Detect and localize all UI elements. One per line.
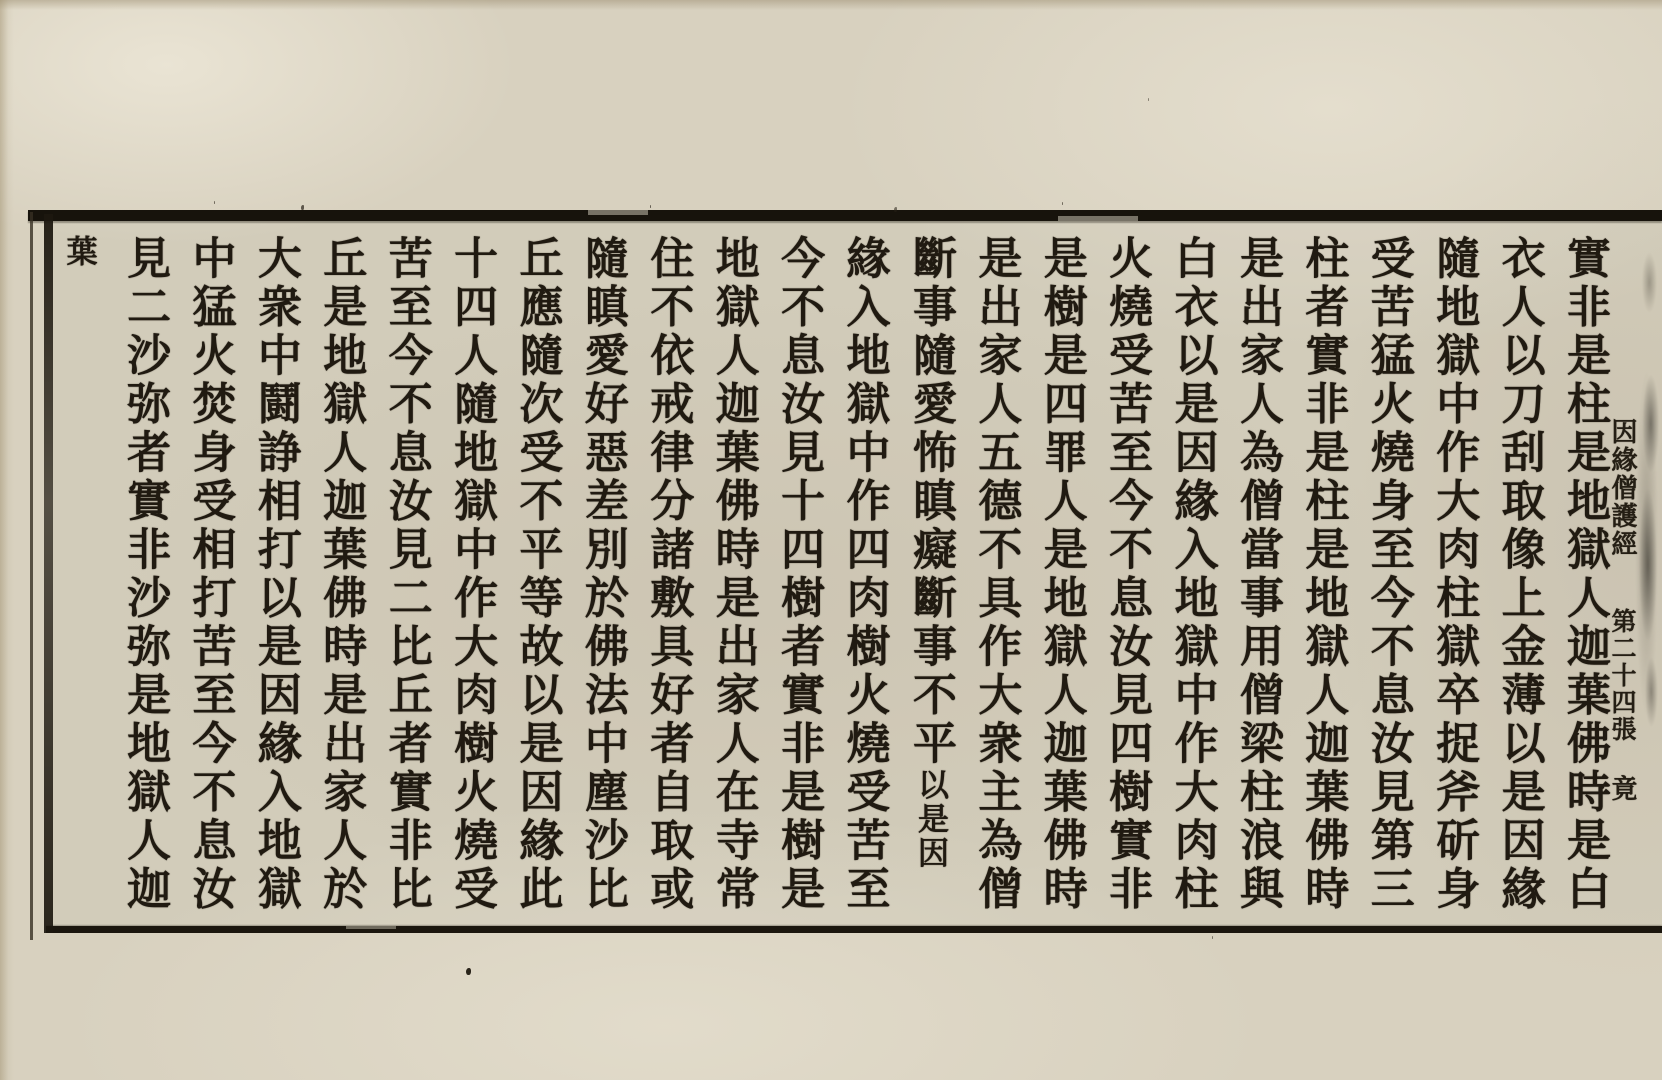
column-text: 斷事隨愛怖瞋癡斷事不平 <box>905 235 956 769</box>
text-column: 見二沙弥者實非沙弥是地獄人迦葉 <box>45 222 177 930</box>
text-column: 實非是柱是地獄人迦葉佛時是白 <box>1552 222 1617 930</box>
column-text: 大衆中鬪諍相打以是因緣入地獄 <box>250 235 301 914</box>
text-column: 十四人隨地獄中作大肉樹火燒受 <box>439 222 504 930</box>
column-tail-text: 以是因 <box>912 769 948 871</box>
text-column: 是出家人五德不具作大衆主為僧 <box>963 222 1028 930</box>
column-text: 是出家人五德不具作大衆主為僧 <box>970 235 1021 914</box>
column-text: 今不息汝見十四樹者實非是樹是 <box>773 235 824 914</box>
text-column: 是樹是四罪人是地獄人迦葉佛時 <box>1028 222 1093 930</box>
text-column: 今不息汝見十四樹者實非是樹是 <box>766 222 831 930</box>
border-wear-mark <box>1058 216 1138 221</box>
column-text: 丘是地獄人迦葉佛時是出家人於 <box>315 235 366 914</box>
frame-left-outer-line <box>30 212 33 940</box>
text-column: 柱者實非是柱是地獄人迦葉佛時 <box>1290 222 1355 930</box>
column-text: 是樹是四罪人是地獄人迦葉佛時 <box>1036 235 1087 914</box>
text-column: 受苦猛火燒身至今不息汝見第三 <box>1355 222 1420 930</box>
paper-top-edge <box>0 0 1662 10</box>
column-text: 隨瞋愛好惡差別於佛法中塵沙比 <box>577 235 628 914</box>
column-text: 受苦猛火燒身至今不息汝見第三 <box>1363 235 1414 914</box>
text-column: 是出家人為僧當事用僧梁柱浪與 <box>1225 222 1290 930</box>
column-text: 隨地獄中作大肉柱獄卒捉斧斫身 <box>1428 235 1479 914</box>
column-text: 是出家人為僧當事用僧梁柱浪與 <box>1232 235 1283 914</box>
text-column: 衣人以刀刮取像上金薄以是因緣 <box>1486 222 1551 930</box>
text-column: 地獄人迦葉佛時是出家人在寺常 <box>700 222 765 930</box>
paper-left-edge <box>0 0 14 1080</box>
column-text: 火燒受苦至今不息汝見四樹實非 <box>1101 235 1152 914</box>
column-text: 柱者實非是柱是地獄人迦葉佛時 <box>1297 235 1348 914</box>
column-text: 衣人以刀刮取像上金薄以是因緣 <box>1494 235 1545 914</box>
text-column: 斷事隨愛怖瞋癡斷事不平以是因 <box>897 222 963 930</box>
column-text: 中猛火焚身受相打苦至今不息汝 <box>184 235 235 914</box>
text-column: 大衆中鬪諍相打以是因緣入地獄 <box>242 222 307 930</box>
text-column: 白衣以是因緣入地獄中作大肉柱 <box>1159 222 1224 930</box>
column-text: 實非是柱是地獄人迦葉佛時是白 <box>1559 235 1610 914</box>
ink-specks <box>466 968 471 975</box>
frame-top-border <box>28 210 1662 221</box>
text-column: 苦至今不息汝見二比丘者實非比 <box>373 222 438 930</box>
text-column: 隨瞋愛好惡差別於佛法中塵沙比 <box>570 222 635 930</box>
column-text: 十四人隨地獄中作大肉樹火燒受 <box>446 235 497 914</box>
border-wear-mark <box>588 210 648 215</box>
column-text: 見二沙弥者實非沙弥是地獄人迦 <box>119 235 170 914</box>
column-text: 地獄人迦葉佛時是出家人在寺常 <box>708 235 759 914</box>
column-text: 緣入地獄中作四肉樹火燒受苦至 <box>839 235 890 914</box>
column-text: 丘應隨次受不平等故以是因緣此 <box>512 235 563 914</box>
column-text: 苦至今不息汝見二比丘者實非比 <box>381 235 432 914</box>
text-column: 丘是地獄人迦葉佛時是出家人於 <box>308 222 373 930</box>
text-column: 住不依戒律分諸敷具好者自取或 <box>635 222 700 930</box>
woodblock-print-page: 因緣僧護經第二十四張竟 實非是柱是地獄人迦葉佛時是白衣人以刀刮取像上金薄以是因緣… <box>0 0 1662 1080</box>
column-text: 住不依戒律分諸敷具好者自取或 <box>642 235 693 914</box>
text-column: 丘應隨次受不平等故以是因緣此 <box>504 222 569 930</box>
text-column: 火燒受苦至今不息汝見四樹實非 <box>1094 222 1159 930</box>
column-text: 白衣以是因緣入地獄中作大肉柱 <box>1167 235 1218 914</box>
sutra-text-block: 實非是柱是地獄人迦葉佛時是白衣人以刀刮取像上金薄以是因緣隨地獄中作大肉柱獄卒捉斧… <box>96 222 1617 930</box>
text-column: 中猛火焚身受相打苦至今不息汝 <box>177 222 242 930</box>
text-column: 隨地獄中作大肉柱獄卒捉斧斫身 <box>1421 222 1486 930</box>
text-column: 緣入地獄中作四肉樹火燒受苦至 <box>831 222 896 930</box>
column-tail-text: 葉 <box>61 235 97 269</box>
